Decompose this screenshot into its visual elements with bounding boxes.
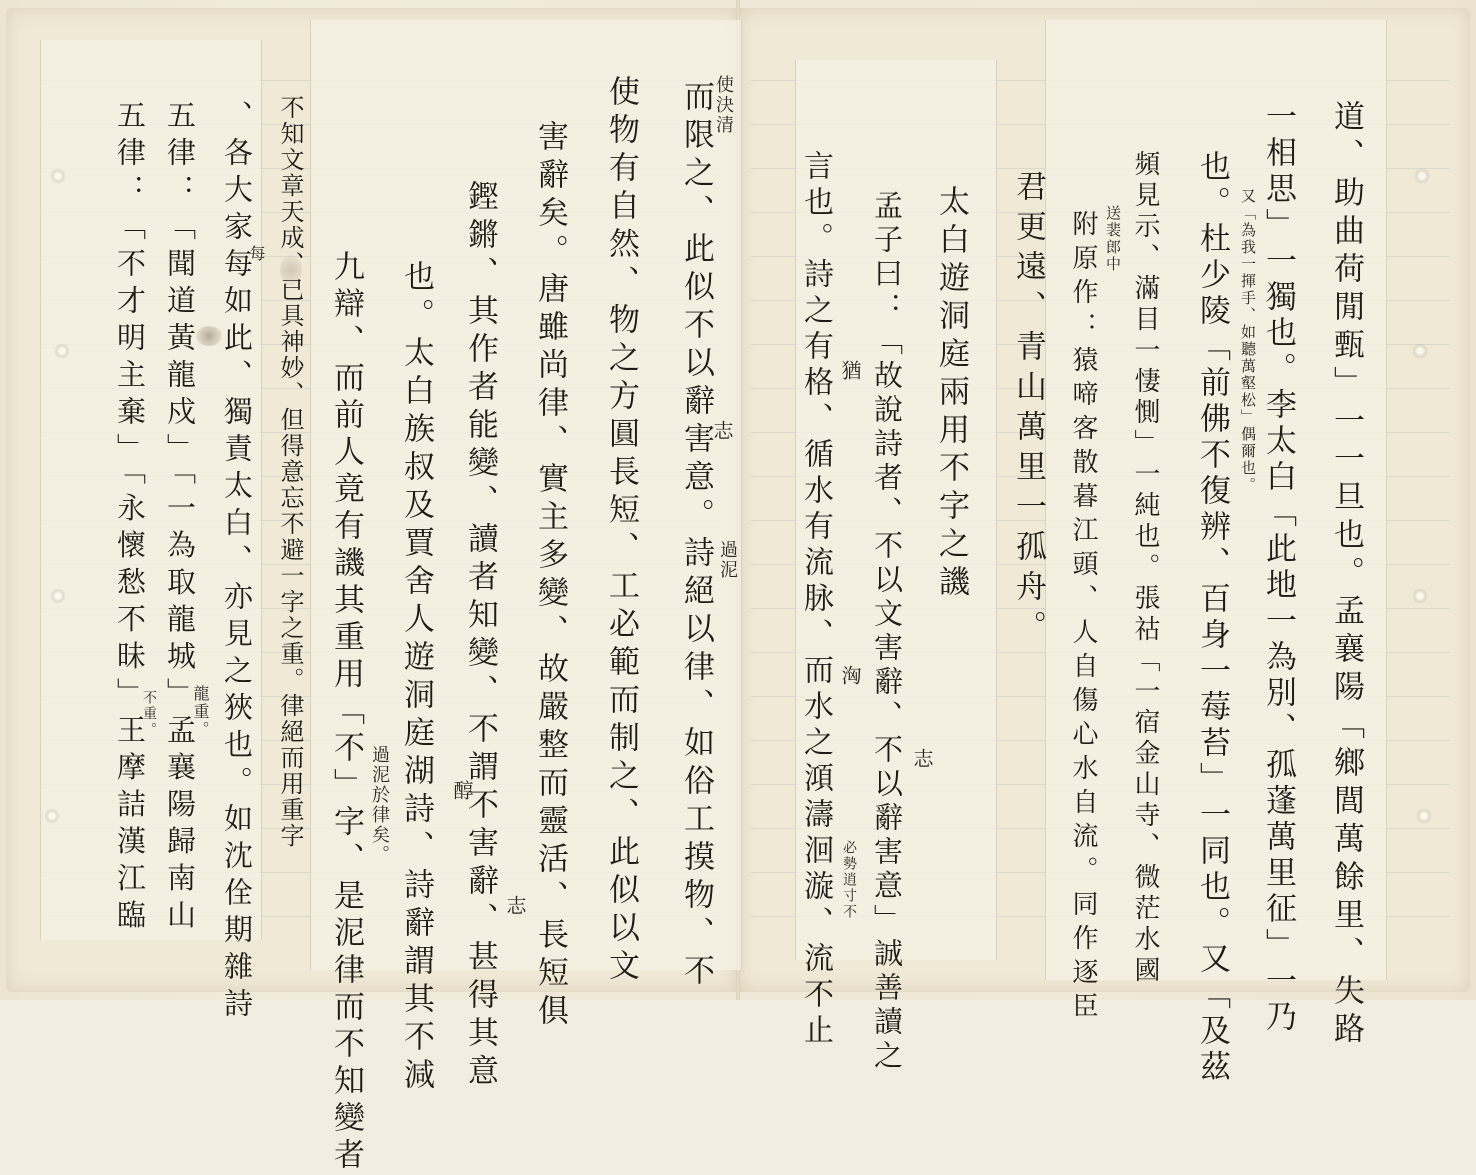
margin-note: 每 <box>248 245 264 263</box>
text-column: 九辯、而前人竟有譏其重用「不」字、是泥律而不知變者 <box>330 250 361 1000</box>
manuscript-sheet: 道、助曲荷閒甄」一一旦也。孟襄陽「鄉閭萬餘里、失路 一相思」一獨也。李太白「此地… <box>0 0 1476 1000</box>
binding-hole <box>1416 170 1428 182</box>
binding-hole <box>1418 810 1430 822</box>
margin-note: 使決清 <box>714 75 732 135</box>
margin-note: 送裴郎中 <box>1105 205 1120 273</box>
text-column: 道、助曲荷閒甄」一一旦也。孟襄陽「鄉閭萬餘里、失路 <box>1330 100 1361 1000</box>
text-column: 孟子曰：「故說詩者、不以文害辭、不以辭害意」誠善讀之 <box>872 190 901 1000</box>
text-column: 頻見示、滿目一悽惻」一純也。張祜「一宿金山寺、微茫水國 <box>1132 150 1158 987</box>
text-column: 害辭矣。唐雖尚律、實主多變、故嚴整而靈活、長短俱 <box>534 120 565 1000</box>
text-column: 也。杜少陵「前佛不復辨、百身一莓苔」一同也。又「及茲 <box>1196 150 1227 1000</box>
text-column: 一相思」一獨也。李太白「此地一為別、孤蓬萬里征」一乃 <box>1262 100 1293 1000</box>
margin-note: 龍重。 <box>192 685 208 739</box>
text-column: 鏗鏘、其作者能變、讀者知變、不謂不害辭、甚得其意 <box>464 180 495 1000</box>
text-column: 言也。詩之有格、循水有流脉、而水之澒濤洄漩、流不止 <box>800 150 830 1000</box>
foxing-stain <box>196 326 222 346</box>
text-column: 五律：「不才明主棄」「永懷愁不昧」王摩詰漢江臨 <box>115 100 144 937</box>
margin-note: 醇 <box>452 780 472 802</box>
binding-hole <box>56 345 68 357</box>
text-column: 君更遠、青山萬里一孤舟。 <box>1012 170 1043 650</box>
section-title: 太白遊洞庭兩用不字之譏 <box>935 185 966 603</box>
binding-hole <box>52 170 64 182</box>
margin-note: 志 <box>712 420 732 442</box>
text-column: 使物有自然、物之方圓長短、工必範而制之、此似以文 <box>605 75 636 987</box>
margin-note: 志 <box>505 895 525 917</box>
text-column: 而限之、此似不以辭害意。詩絕以律、如俗工摸物、不 <box>680 80 711 992</box>
text-column: 不知文章天成、已具神妙、但得意忘不避一字之重。律絕而用重字 <box>278 95 302 849</box>
binding-hole <box>1414 590 1426 602</box>
margin-note: 過泥 <box>718 540 736 580</box>
margin-note: 必勢逍寸不 <box>842 840 856 920</box>
text-column: 五律：「聞道黃龍戍」「一為取龍城」孟襄陽歸南山 <box>165 100 194 937</box>
margin-note: 又「為我一揮手、如聽萬壑松」偶爾也。 <box>1240 188 1255 494</box>
binding-hole <box>46 810 58 822</box>
text-column: 、各大家每如此、獨責太白、亦見之狹也。如沈佺期雜詩 <box>222 100 251 1000</box>
binding-hole <box>1414 345 1426 357</box>
margin-note: 志 <box>912 748 932 770</box>
margin-note: 洶 <box>840 665 860 687</box>
margin-note: 過泥於律矣。 <box>370 745 388 865</box>
binding-hole <box>52 590 64 602</box>
text-column: 附原作：猿啼客散暮江頭、人自傷心水自流。同作逐臣 <box>1070 210 1096 1000</box>
margin-note: 猶 <box>840 360 860 382</box>
text-column: 也。太白族叔及賈舍人遊洞庭湖詩、詩辭謂其不減 <box>400 260 431 1000</box>
margin-note: 不重。 <box>142 690 156 738</box>
